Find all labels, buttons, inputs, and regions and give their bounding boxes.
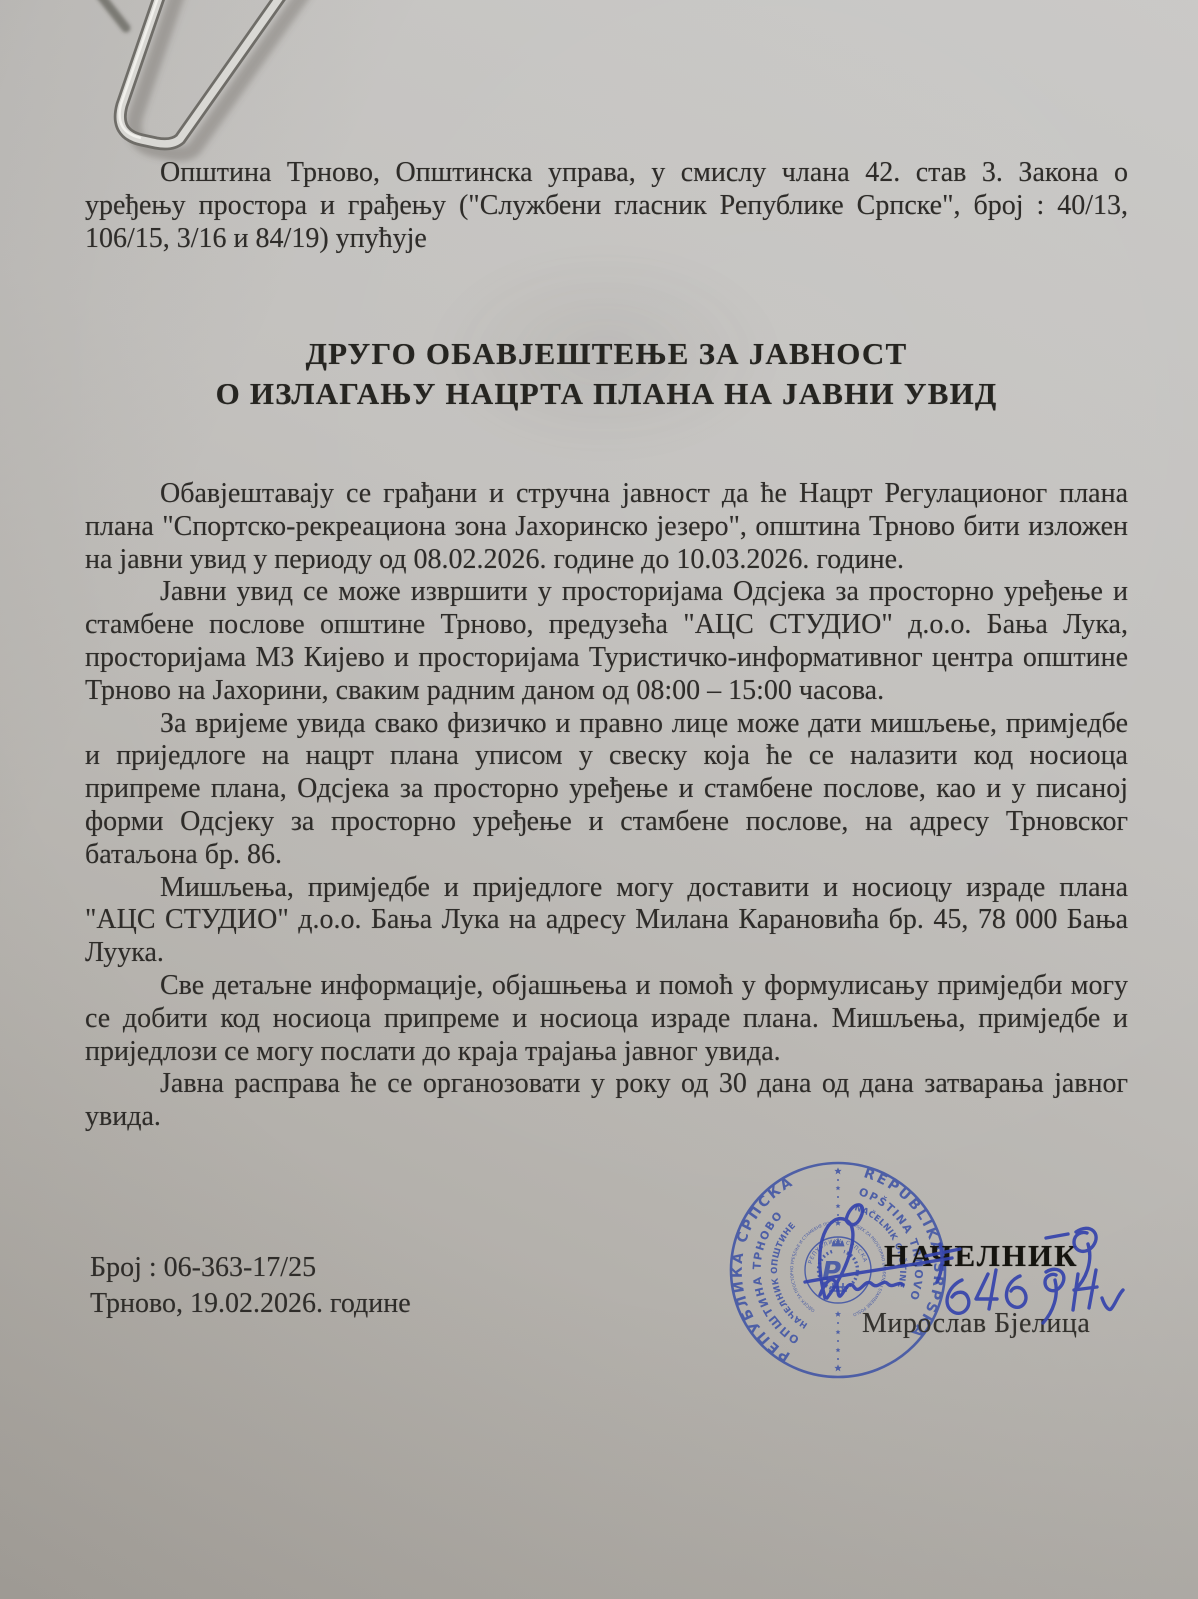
document-title-line2: О ИЗЛАГАЊУ НАЦРТА ПЛАНА НА ЈАВНИ УВИД <box>60 374 1153 414</box>
reference-place-date: Трново, 19.02.2026. године <box>90 1286 411 1322</box>
signature-flourish <box>805 1205 960 1298</box>
document-title-line1: ДРУГО ОБАВЈЕШТЕЊЕ ЗА ЈАВНОСТ <box>60 334 1153 374</box>
body-paragraph: Јавна расправа ће се органозовати у року… <box>85 1068 1128 1134</box>
paper-clip-outer-wire <box>100 0 126 28</box>
scanned-document-page: Општина Трново, Општинска управа, у смис… <box>0 0 1198 1599</box>
document-body: Обавјештавају се грађани и стручна јавно… <box>85 478 1128 1134</box>
paper-clip <box>70 0 330 172</box>
reference-block: Број : 06-363-17/25 Трново, 19.02.2026. … <box>90 1250 411 1322</box>
body-paragraph: Обавјештавају се грађани и стручна јавно… <box>85 478 1128 576</box>
body-paragraph: Јавни увид се може извршити у просторија… <box>85 576 1128 707</box>
body-paragraph: Све детаљне информације, објашњења и пом… <box>85 970 1128 1068</box>
signature-number-scribble <box>947 1269 1123 1323</box>
intro-paragraph: Општина Трново, Општинска управа, у смис… <box>85 156 1128 255</box>
body-paragraph: За вријеме увида свако физичко и правно … <box>85 708 1128 872</box>
body-paragraph: Мишљења, примједбе и приједлоге могу дос… <box>85 872 1128 970</box>
document-title: ДРУГО ОБАВЈЕШТЕЊЕ ЗА ЈАВНОСТ О ИЗЛАГАЊУ … <box>60 334 1153 414</box>
signature-scribble <box>690 1140 1198 1350</box>
reference-number: Број : 06-363-17/25 <box>90 1250 411 1286</box>
